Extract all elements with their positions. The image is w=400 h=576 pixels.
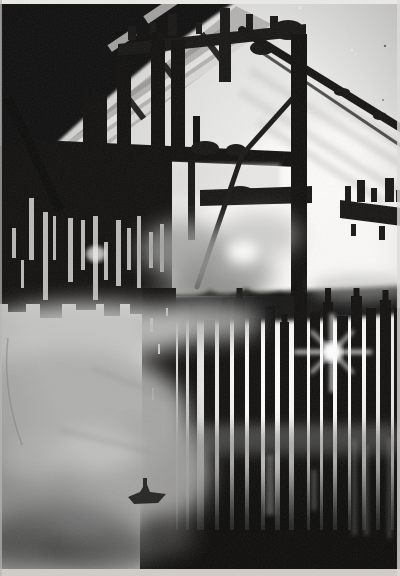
photo-canvas xyxy=(0,0,400,576)
film-grain xyxy=(0,0,400,576)
barn-fire-photo xyxy=(0,0,400,576)
